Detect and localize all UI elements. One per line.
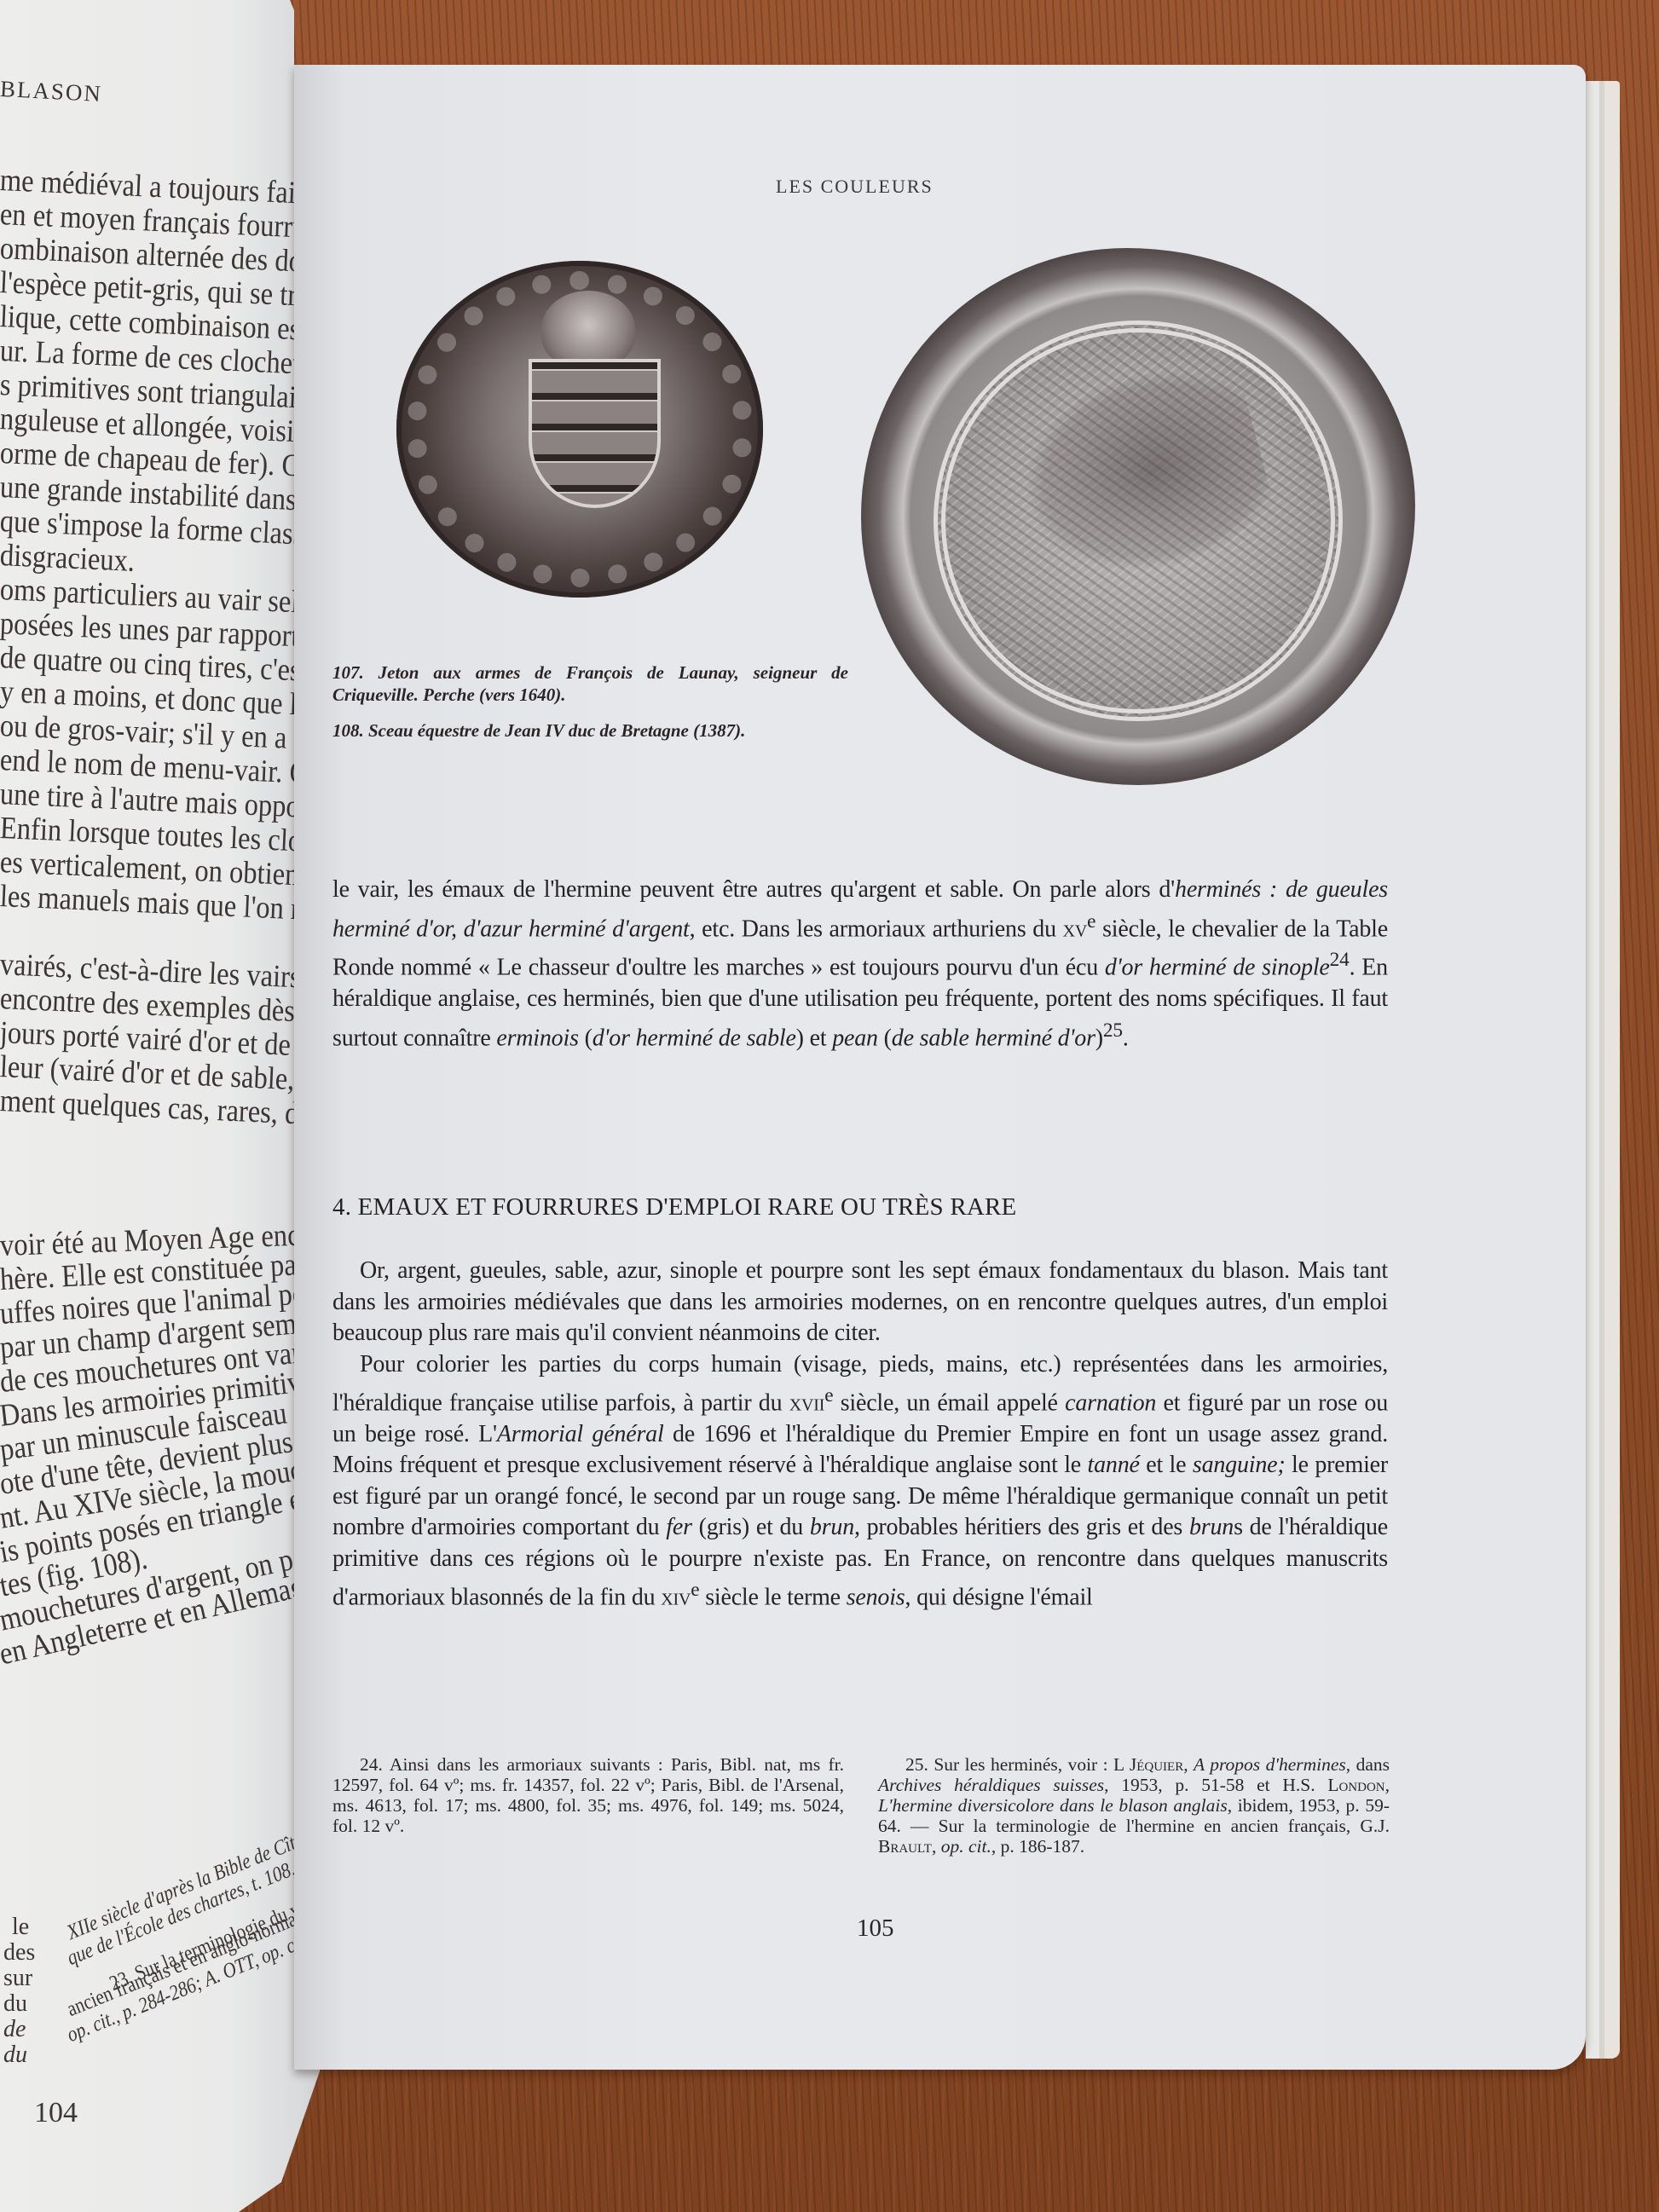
left-margin-fragment: du: [3, 2042, 27, 2069]
figure-107-coin-image: [396, 261, 763, 598]
section-body: Or, argent, gueules, sable, azur, sinopl…: [332, 1256, 1388, 1614]
paragraph-2: Or, argent, gueules, sable, azur, sinopl…: [332, 1256, 1388, 1349]
paragraph-1: le vair, les émaux de l'hermine peuvent …: [332, 875, 1388, 1054]
paragraph-3: Pour colorier les parties du corps humai…: [332, 1349, 1388, 1614]
left-margin-fragment: sur: [3, 1965, 32, 1992]
right-running-head: LES COULEURS: [776, 176, 934, 198]
left-page: BLASON me médiéval a toujours fait grand…: [0, 0, 328, 2212]
left-margin-fragment: des: [3, 1939, 35, 1967]
figure-108-seal-image: [861, 248, 1415, 785]
coin-helmet-crest: [541, 291, 635, 367]
left-margin-fragment: le: [12, 1914, 29, 1941]
figure-captions: 107. Jeton aux armes de François de Laun…: [332, 661, 848, 755]
left-margin-fragment: de: [3, 2016, 26, 2043]
right-page: LES COULEURS 107. Jeton aux armes de Fra…: [294, 65, 1586, 2070]
section-title: 4. EMAUX ET FOURRURES D'EMPLOI RARE OU T…: [332, 1193, 1016, 1222]
left-running-head: BLASON: [0, 76, 103, 107]
left-page-number: 104: [34, 2097, 78, 2129]
footnote-25: 25. Sur les herminés, voir : L Jéquier, …: [878, 1754, 1390, 1857]
right-page-number: 105: [857, 1915, 894, 1943]
caption-108: 108. Sceau équestre de Jean IV duc de Br…: [332, 719, 848, 742]
left-margin-fragment: du: [3, 1990, 27, 2018]
footnotes: 24. Ainsi dans les armoriaux suivants : …: [332, 1754, 1390, 1857]
footnote-24: 24. Ainsi dans les armoriaux suivants : …: [332, 1754, 844, 1857]
coin-shield-ermine: [529, 359, 661, 508]
caption-107: 107. Jeton aux armes de François de Laun…: [332, 661, 848, 706]
page-edges: [1586, 81, 1620, 2059]
paragraph-herminés: le vair, les émaux de l'hermine peuvent …: [332, 875, 1388, 1054]
